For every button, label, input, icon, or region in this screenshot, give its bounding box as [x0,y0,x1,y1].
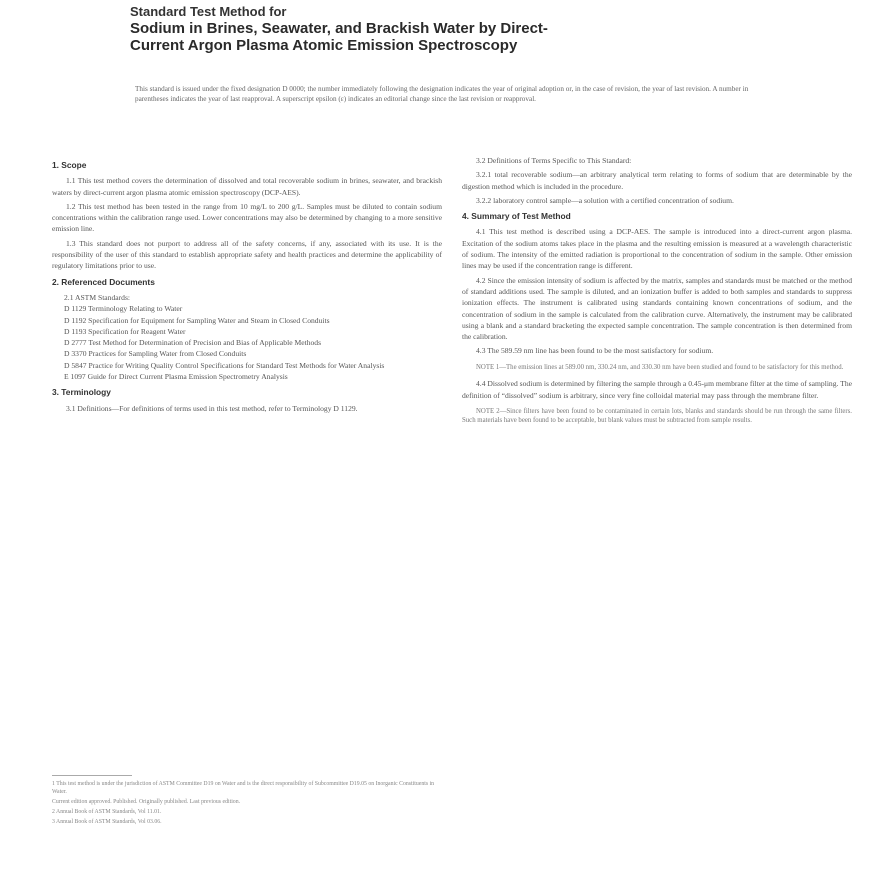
note-2: NOTE 2—Since filters have been found to … [462,407,852,426]
reference-item: D 1129 Terminology Relating to Water [52,303,442,314]
right-column: 3.2 Definitions of Terms Specific to Thi… [462,155,852,432]
paragraph-4-2: 4.2 Since the emission intensity of sodi… [462,275,852,343]
footnote: Current edition approved. Published. Ori… [52,798,442,806]
footnote-divider [52,775,132,776]
note-1: NOTE 1—The emission lines at 589.00 nm, … [462,363,852,373]
title-block: Standard Test Method for Sodium in Brine… [130,0,750,54]
title-prefix: Standard Test Method for [130,4,750,20]
paragraph-3-2-1: 3.2.1 total recoverable sodium—an arbitr… [462,169,852,192]
section-heading-referenced-documents: 2. Referenced Documents [52,277,442,288]
paragraph-4-1: 4.1 This test method is described using … [462,226,852,271]
footnotes: 1 This test method is under the jurisdic… [52,775,442,828]
footnote: 2 Annual Book of ASTM Standards, Vol 11.… [52,808,442,816]
reference-item: D 3370 Practices for Sampling Water from… [52,348,442,359]
paragraph-3-1: 3.1 Definitions—For definitions of terms… [52,403,442,414]
paragraph-4-3: 4.3 The 589.59 nm line has been found to… [462,345,852,356]
reference-item: D 1192 Specification for Equipment for S… [52,315,442,326]
reference-item: E 1097 Guide for Direct Current Plasma E… [52,371,442,382]
title-line-2: Sodium in Brines, Seawater, and Brackish… [130,20,750,37]
reference-item: D 2777 Test Method for Determination of … [52,337,442,348]
left-column: 1. Scope 1.1 This test method covers the… [52,155,442,417]
paragraph-3-2-2: 3.2.2 laboratory control sample—a soluti… [462,195,852,206]
paragraph-1-2: 1.2 This test method has been tested in … [52,201,442,235]
reference-item: D 5847 Practice for Writing Quality Cont… [52,360,442,371]
paragraph-4-4: 4.4 Dissolved sodium is determined by fi… [462,378,852,401]
reference-item: D 1193 Specification for Reagent Water [52,326,442,337]
section-heading-scope: 1. Scope [52,160,442,171]
paragraph-1-3: 1.3 This standard does not purport to ad… [52,238,442,272]
paragraph-3-2: 3.2 Definitions of Terms Specific to Thi… [462,155,852,166]
paragraph-1-1: 1.1 This test method covers the determin… [52,175,442,198]
footnote: 1 This test method is under the jurisdic… [52,780,442,796]
footnote: 3 Annual Book of ASTM Standards, Vol 03.… [52,818,442,826]
reference-item: 2.1 ASTM Standards: [52,292,442,303]
designation-note: This standard is issued under the fixed … [135,85,765,104]
section-heading-summary: 4. Summary of Test Method [462,211,852,222]
title-line-3: Current Argon Plasma Atomic Emission Spe… [130,37,750,54]
section-heading-terminology: 3. Terminology [52,387,442,398]
